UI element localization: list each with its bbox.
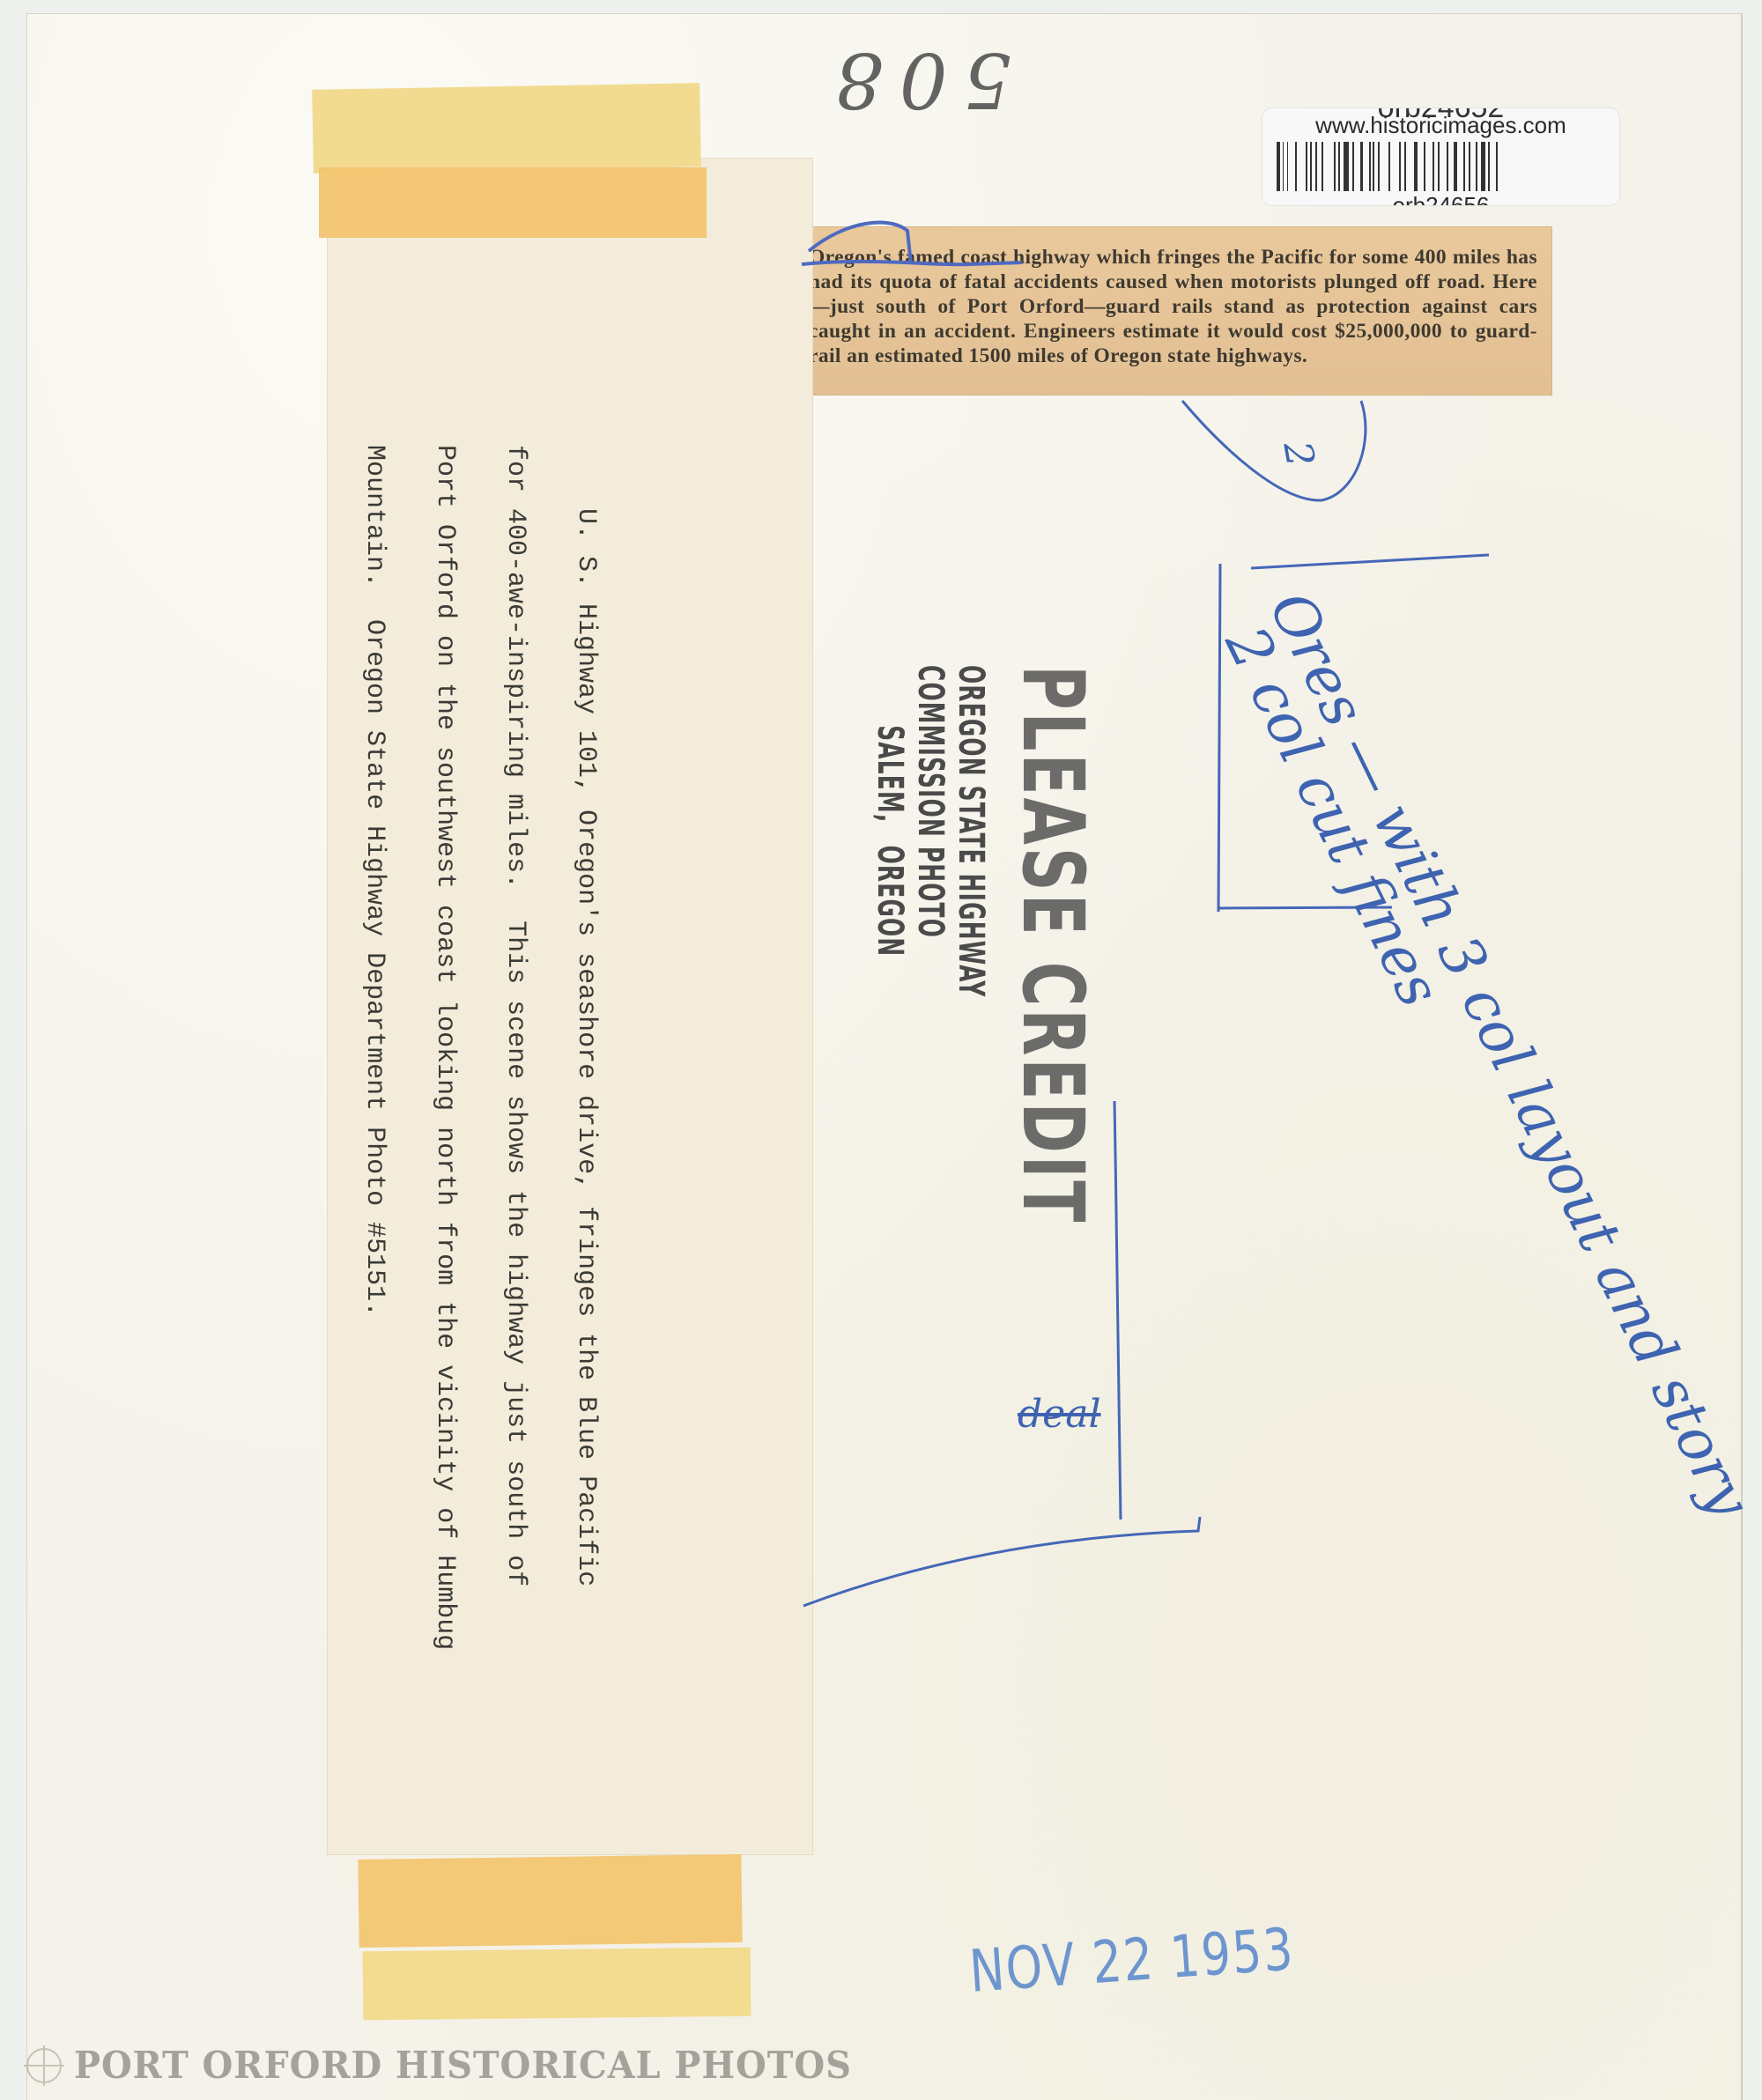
masking-tape-bottom	[358, 1854, 742, 1948]
handwritten-struck-word: deal	[1018, 1392, 1101, 1437]
credit-heading: PLEASE CREDIT	[1009, 665, 1097, 1236]
caption-line: Mountain. Oregon State Highway Departmen…	[339, 445, 410, 1854]
watermark: PORT ORFORD HISTORICAL PHOTOS	[26, 2044, 892, 2087]
clipping-text: Oregon's famed coast highway which fring…	[798, 227, 1551, 368]
credit-line-state: OREGON	[870, 665, 910, 1157]
barcode-url: www.historicimages.com	[1262, 112, 1619, 139]
caption-line: Port Orford on the southwest coast looki…	[410, 445, 480, 1854]
credit-line-agency: OREGON STATE HIGHWAY COMMISSION PHOTO	[910, 665, 991, 1157]
masking-tape-top-lower	[319, 167, 707, 238]
masking-tape-bottom-lower	[363, 1948, 751, 2021]
watermark-text: PORT ORFORD HISTORICAL PHOTOS	[74, 2044, 852, 2087]
masking-tape-top	[312, 83, 701, 174]
typed-caption: U. S. Highway 101, Oregon's seashore dri…	[339, 445, 621, 1854]
barcode-label: orb24652 www.historicimages.com orb24656	[1262, 107, 1620, 206]
caption-line: U. S. Highway 101, Oregon's seashore dri…	[551, 445, 621, 1854]
barcode-item-id: orb24656	[1262, 192, 1619, 206]
barcode-bars-icon	[1277, 142, 1604, 191]
caption-line: for 400-awe-inspiring miles. This scene …	[480, 445, 551, 1854]
pencil-catalog-number: 508	[819, 35, 1011, 123]
compass-rose-icon	[26, 2048, 62, 2083]
newspaper-clipping: Oregon's famed coast highway which fring…	[798, 227, 1551, 395]
credit-stamp: PLEASE CREDIT OREGON STATE HIGHWAY COMMI…	[870, 665, 1097, 1458]
